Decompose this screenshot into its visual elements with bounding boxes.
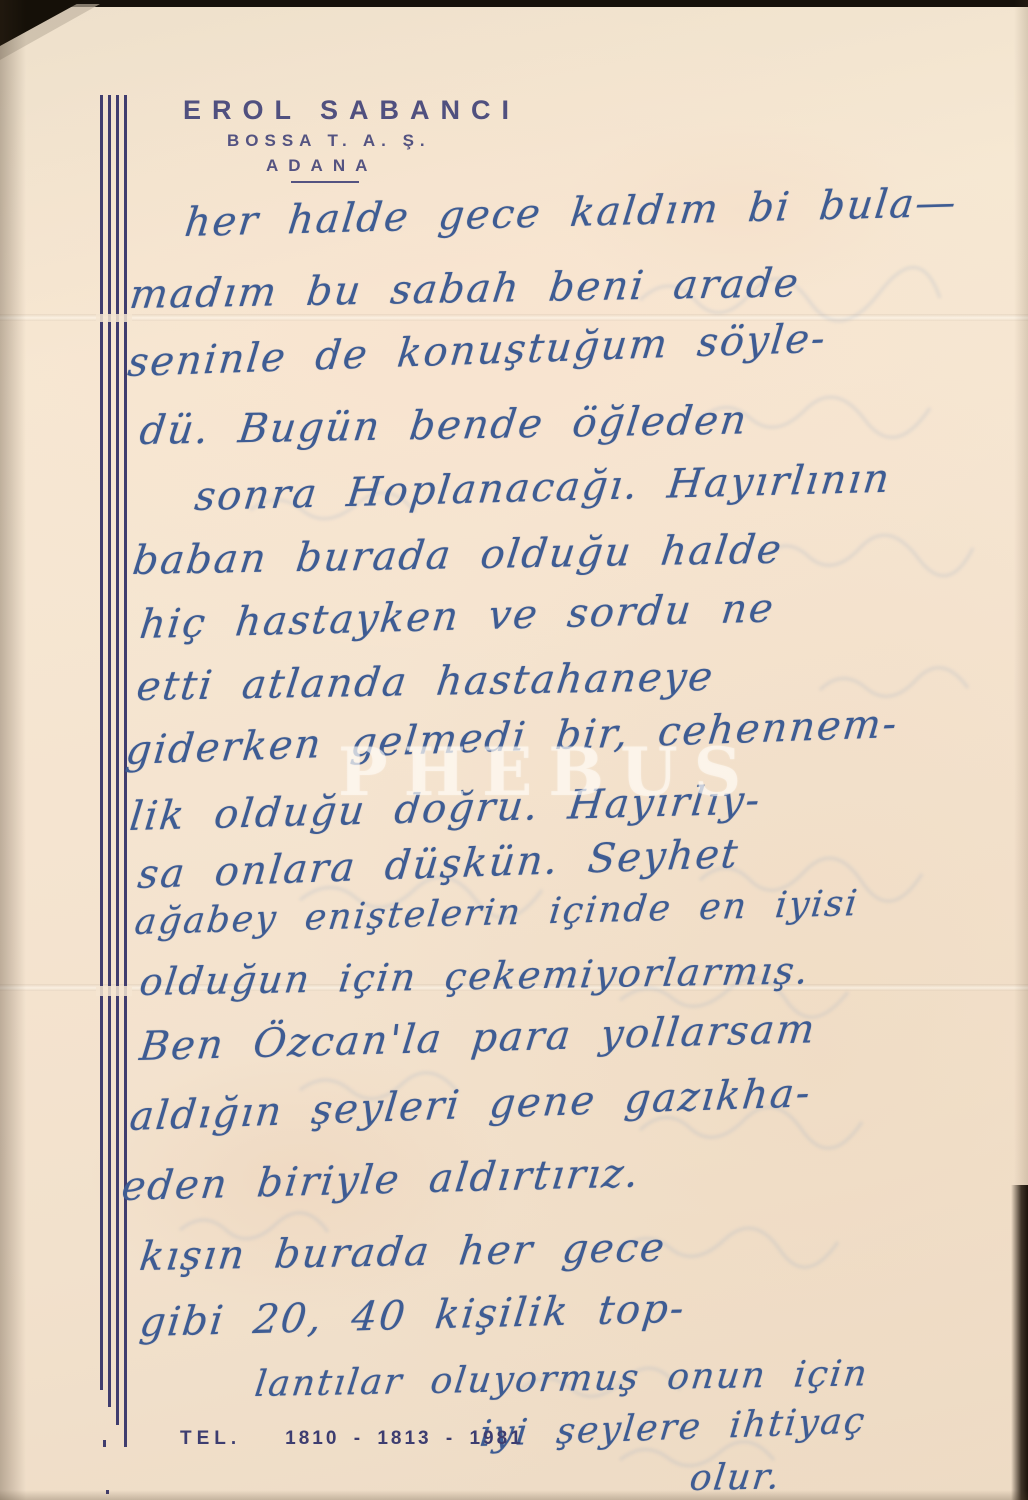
scanned-letter: EROL SABANCI BOSSA T. A. Ş. ADANA her ha… [0,0,1028,1500]
bottom-edge-shade [0,1490,1028,1500]
handwriting-line: kışın burada her gece [137,1225,669,1280]
handwriting-line: lantılar oluyormuş onun için [252,1353,871,1405]
tel-line: TEL. 1810 - 1813 - 1981 [180,1428,524,1450]
handwriting-line: etti atlanda hastahaneye [134,654,717,710]
watermark: PHEBUS [338,733,757,811]
handwriting-line: seninle de konuştuğum söyle- [126,316,830,387]
handwriting-line: eden biriyle aldırtırız. [119,1150,642,1210]
handwriting-line: aldığın şeyleri gene gazıkha- [128,1070,814,1140]
right-edge-shade [1014,0,1028,1190]
handwriting-line: olduğun için çekemiyorlarmış. [137,948,812,1004]
handwriting-line: her halde gece kaldım bi bula— [182,180,960,246]
tel-numbers: 1810 - 1813 - 1981 [285,1428,524,1450]
handwriting-line: hiç hastayken ve sordu ne [137,585,777,648]
scanner-top-strip [0,0,1028,7]
handwriting-line: sonra Hoplanacağı. Hayırlının [192,456,893,520]
tel-label: TEL. [180,1428,241,1450]
handwriting-line: iyi şeylere ihtiyaç [478,1400,868,1455]
handwriting-line: gibi 20, 40 kişilik top- [137,1286,688,1346]
right-edge-shadow [1011,1185,1028,1500]
left-edge-shade [0,0,26,1500]
handwriting-line: dü. Bugün bende öğleden [137,397,751,454]
handwriting-line: baban burada olduğu halde [130,527,785,584]
handwriting-line: Ben Özcan'la para yollarsam [137,1006,818,1070]
handwriting-line: madım bu sabah beni arade [127,260,802,318]
